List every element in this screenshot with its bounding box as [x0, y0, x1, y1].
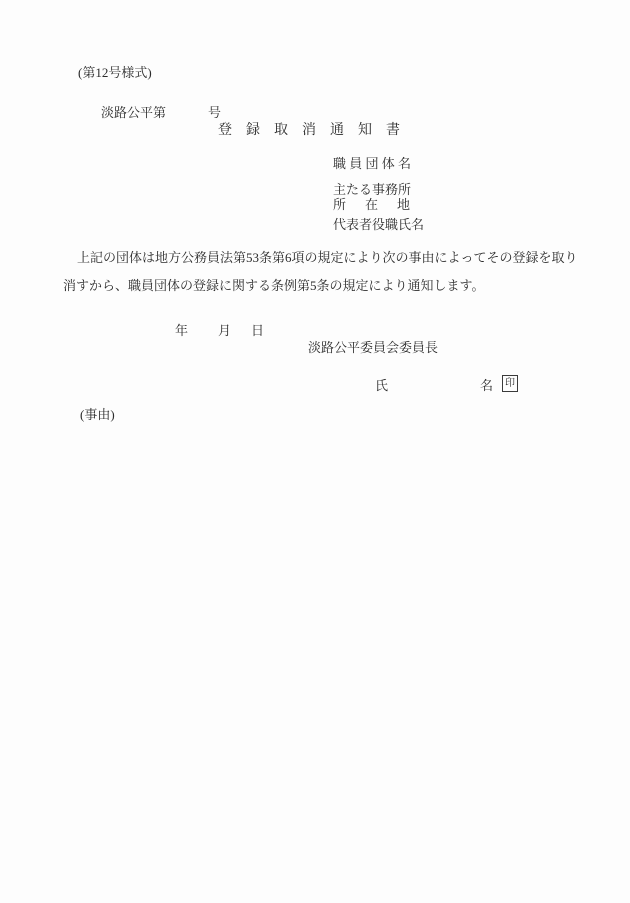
main-office-label-line2: 所 在 地: [333, 197, 413, 213]
day-label: 日: [251, 323, 264, 338]
document-number-prefix: 淡路公平第: [101, 105, 166, 120]
name-sei-label: 氏: [375, 378, 388, 394]
year-label: 年: [175, 323, 188, 338]
main-office-label-line1: 主たる事務所: [333, 182, 411, 198]
seal-mark: 印: [502, 375, 518, 392]
document-number-line: 淡路公平第号: [88, 89, 221, 137]
issuer-title: 淡路公平委員会委員長: [308, 340, 438, 356]
name-mei-label: 名: [480, 378, 493, 394]
representative-label: 代表者役職氏名: [333, 217, 424, 233]
form-title: 登 録 取 消 通 知 書: [218, 122, 400, 139]
form-page: (第12号様式) 淡路公平第号 登 録 取 消 通 知 書 職 員 団 体 名 …: [0, 0, 630, 903]
organization-name-label: 職 員 団 体 名: [333, 156, 411, 172]
body-paragraph-line2: 消すから、職員団体の登録に関する条例第5条の規定により通知します。: [63, 278, 563, 294]
body-paragraph-line1: 上記の団体は地方公務員法第53条第6項の規定により次の事由によってその登録を取り: [77, 250, 577, 266]
month-label: 月: [218, 323, 231, 338]
date-line: 年月日: [162, 307, 264, 355]
document-number-suffix: 号: [208, 105, 221, 120]
reason-label: (事由): [80, 407, 115, 423]
form-style-number: (第12号様式): [78, 65, 152, 81]
